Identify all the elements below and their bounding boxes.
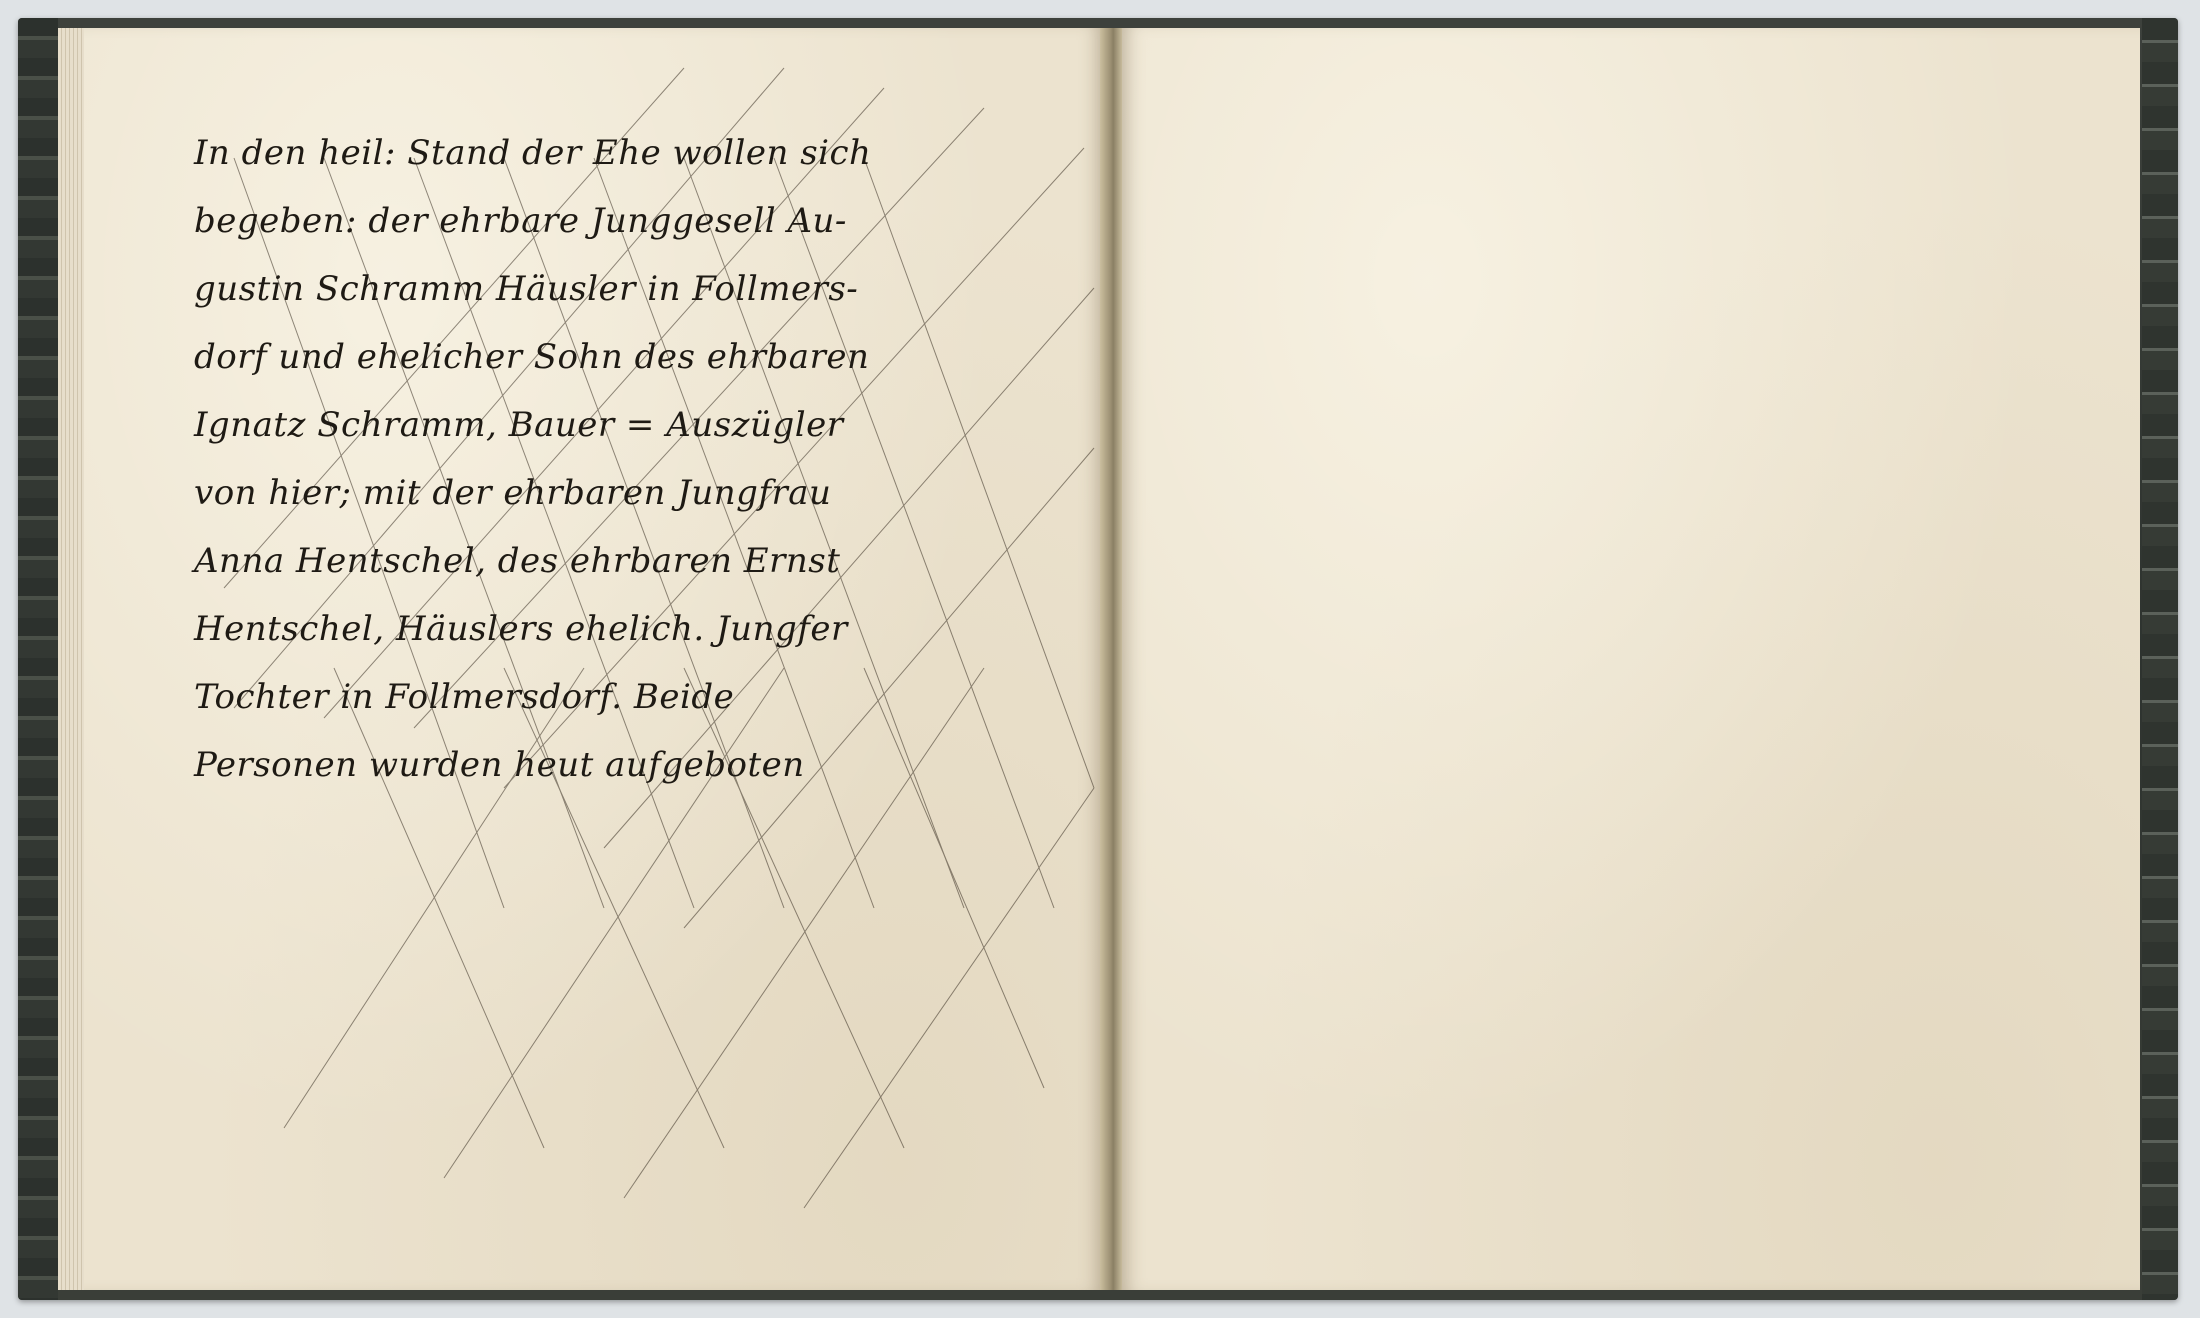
entry-3-line: Hentschel, Häuslers ehelich. Jungfer: [194, 612, 848, 646]
book-gutter: [1100, 28, 1124, 1290]
entry-3-line: von hier; mit der ehrbaren Jungfrau: [194, 476, 831, 510]
entry-3-line: dorf und ehelicher Sohn des ehrbaren: [194, 340, 869, 374]
entry-3-line: Ignatz Schramm, Bauer = Auszügler: [194, 408, 843, 442]
entry-3-line: Anna Hentschel, des ehrbaren Ernst: [194, 544, 840, 578]
left-page: In den heil: Stand der Ehe wollen sich b…: [84, 28, 1102, 1290]
right-page: [1122, 28, 2140, 1290]
entry-3-line: In den heil: Stand der Ehe wollen sich: [194, 136, 871, 170]
cover-left-edge: [18, 18, 58, 1300]
entry-3-line: begeben: der ehrbare Junggesell Au-: [194, 204, 847, 238]
entry-3-line: gustin Schramm Häusler in Follmers-: [194, 272, 858, 306]
entry-3-line: Tochter in Follmersdorf. Beide: [194, 680, 734, 714]
entry-3-line: Personen wurden heut aufgeboten: [194, 748, 805, 782]
page-stack: [58, 28, 86, 1290]
cover-right-edge: [2142, 18, 2178, 1300]
open-book: In den heil: Stand der Ehe wollen sich b…: [18, 18, 2178, 1300]
